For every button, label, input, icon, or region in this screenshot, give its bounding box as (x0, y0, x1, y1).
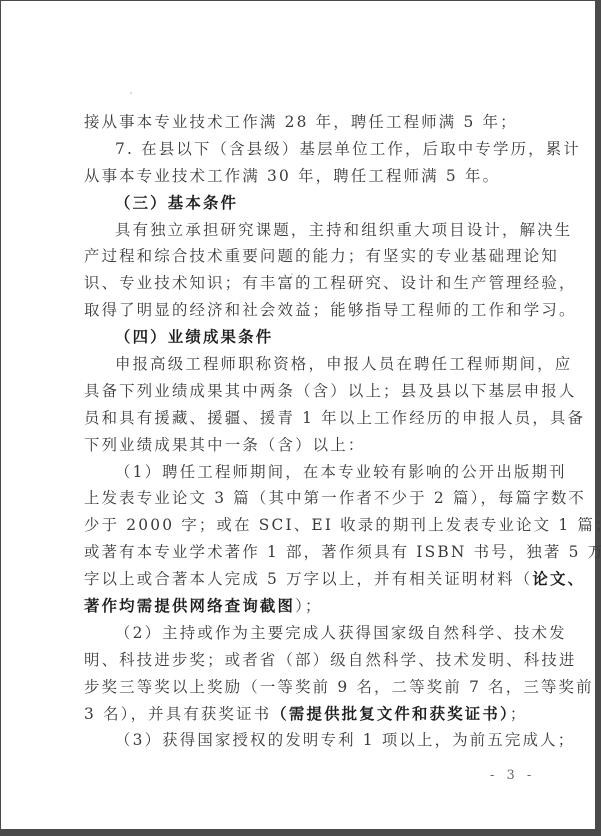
text-segment: 申报高级工程师职称资格，申报人员在聘任工程师期间，应 (115, 355, 572, 373)
text-segment: 具有独立承担研究课题，主持和组织重大项目设计，解决生 (115, 221, 572, 239)
text-line: （1）聘任工程师期间，在本专业较有影响的公开出版期刊 (84, 459, 524, 486)
text-line: 上发表专业论文 3 篇（其中第一作者不少于 2 篇），每篇字数不 (84, 485, 524, 512)
text-line: 产过程和综合技术重要问题的能力；有坚实的专业基础理论知 (84, 243, 524, 270)
bold-text-segment: （四）业绩成果条件 (115, 328, 273, 346)
text-segment: 接从事本专业技术工作满 28 年，聘任工程师满 5 年； (84, 113, 518, 131)
text-segment: 或著有本专业学术著作 1 部，著作须具有 ISBN 书号，独著 5 万 (84, 543, 601, 561)
bold-text-segment: （需提供批复文件和获奖证书） (271, 705, 510, 723)
text-line: 员和具有援藏、援疆、援青 1 年以上工作经历的申报人员，具备 (84, 405, 524, 432)
text-line: 从事本专业技术工作满 30 年，聘任工程师满 5 年。 (84, 163, 524, 190)
text-segment: ）； (295, 597, 322, 615)
text-line: （3）获得国家授权的发明专利 1 项以上，为前五完成人； (84, 727, 524, 754)
text-segment: 少于 2000 字；或在 SCI、EI 收录的期刊上发表专业论文 1 篇； (84, 516, 601, 534)
text-segment: （3）获得国家授权的发明专利 1 项以上，为前五完成人； (115, 731, 575, 749)
text-segment: 从事本专业技术工作满 30 年，聘任工程师满 5 年。 (84, 167, 500, 185)
text-line: 明、科技进步奖；或者省（部）级自然科学、技术发明、科技进 (84, 647, 524, 674)
text-line: 下列业绩成果其中一条（含）以上： (84, 432, 524, 459)
text-line: 著作均需提供网络查询截图）； (84, 593, 524, 620)
text-segment: 7. 在县以下（含县级）基层单位工作，后取中专学历，累计 (115, 140, 581, 158)
text-line: 接从事本专业技术工作满 28 年，聘任工程师满 5 年； (84, 109, 524, 136)
text-segment: 明、科技进步奖；或者省（部）级自然科学、技术发明、科技进 (84, 651, 577, 669)
text-line: 7. 在县以下（含县级）基层单位工作，后取中专学历，累计 (84, 136, 524, 163)
text-segment: 上发表专业论文 3 篇（其中第一作者不少于 2 篇），每篇字数不 (84, 489, 586, 507)
text-segment: 下列业绩成果其中一条（含）以上： (84, 436, 365, 454)
text-line: （四）业绩成果条件 (84, 324, 524, 351)
text-segment: 识、专业技术知识；有丰富的工程研究、设计和生产管理经验， (84, 274, 577, 292)
text-segment: 产过程和综合技术重要问题的能力；有坚实的专业基础理论知 (84, 247, 559, 265)
bold-text-segment: （三）基本条件 (115, 194, 238, 212)
scan-speck (130, 92, 132, 94)
text-line: 识、专业技术知识；有丰富的工程研究、设计和生产管理经验， (84, 270, 524, 297)
text-segment: 字以上或合著本人完成 5 万字以上，并有相关证明材料（ (84, 570, 532, 588)
text-line: 申报高级工程师职称资格，申报人员在聘任工程师期间，应 (84, 351, 524, 378)
bold-text-segment: 论文、 (532, 570, 585, 588)
text-line: 少于 2000 字；或在 SCI、EI 收录的期刊上发表专业论文 1 篇； (84, 512, 524, 539)
text-segment: （1）聘任工程师期间，在本专业较有影响的公开出版期刊 (115, 463, 567, 481)
text-segment: 取得了明显的经济和社会效益；能够指导工程师的工作和学习。 (84, 301, 577, 319)
text-segment: 具备下列业绩成果其中两条（含）以上；县及县以下基层申报人 (84, 382, 577, 400)
document-body: 接从事本专业技术工作满 28 年，聘任工程师满 5 年；7. 在县以下（含县级）… (84, 109, 524, 754)
text-line: 字以上或合著本人完成 5 万字以上，并有相关证明材料（论文、 (84, 566, 524, 593)
text-segment: （2）主持或作为主要完成人获得国家级自然科学、技术发 (115, 624, 567, 642)
page-number: - 3 - (490, 768, 535, 783)
text-line: （三）基本条件 (84, 190, 524, 217)
text-segment: 步奖三等奖以上奖励（一等奖前 9 名，二等奖前 7 名，三等奖前 (84, 678, 594, 696)
text-line: 或著有本专业学术著作 1 部，著作须具有 ISBN 书号，独著 5 万 (84, 539, 524, 566)
text-segment: 员和具有援藏、援疆、援青 1 年以上工作经历的申报人员，具备 (84, 409, 585, 427)
text-line: 取得了明显的经济和社会效益；能够指导工程师的工作和学习。 (84, 297, 524, 324)
text-segment: 3 名），并具有获奖证书 (84, 705, 271, 723)
text-line: （2）主持或作为主要完成人获得国家级自然科学、技术发 (84, 620, 524, 647)
text-line: 具备下列业绩成果其中两条（含）以上；县及县以下基层申报人 (84, 378, 524, 405)
text-line: 具有独立承担研究课题，主持和组织重大项目设计，解决生 (84, 217, 524, 244)
text-line: 步奖三等奖以上奖励（一等奖前 9 名，二等奖前 7 名，三等奖前 (84, 674, 524, 701)
text-line: 3 名），并具有获奖证书（需提供批复文件和获奖证书）； (84, 701, 524, 728)
text-segment: ； (510, 705, 528, 723)
bold-text-segment: 著作均需提供网络查询截图 (84, 597, 295, 615)
